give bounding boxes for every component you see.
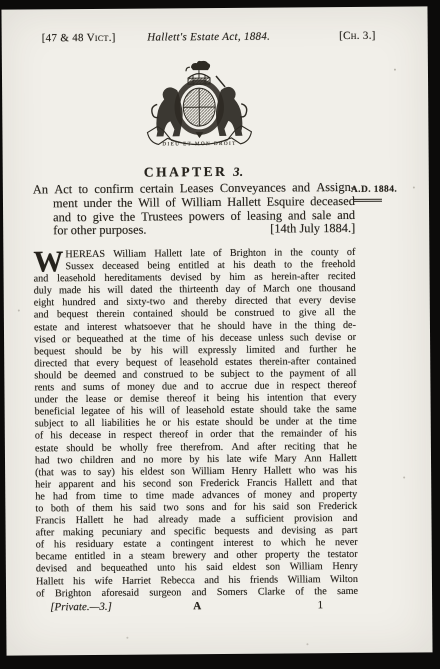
- preamble-line: visedorbequeathedatthetimeofhisdeceaseun…: [34, 332, 356, 347]
- regnal-year: [47 & 48 Vict.]: [42, 32, 116, 45]
- act-title-last-line: for other purposes. [14th July 1884.]: [33, 222, 355, 238]
- act-title-ending: for other purposes.: [53, 224, 146, 239]
- preamble: W HEREASWilliamHallettlateofBrightoninth…: [33, 247, 358, 600]
- chapter-number: 3.: [233, 165, 243, 179]
- preamble-lines: HEREASWilliamHallettlateofBrightoninthec…: [33, 247, 358, 600]
- act-title: AnActtoconfirmcertainLeasesConveyancesan…: [33, 181, 355, 239]
- royal-coat-of-arms: DIEU ET MON DROIT: [141, 58, 258, 159]
- crest-motto: DIEU ET MON DROIT: [162, 141, 236, 148]
- royal-assent-date: [14th July 1884.]: [270, 222, 355, 236]
- scanned-act-page-background: { "colors": { "paper": "#f1efe9", "ink":…: [0, 0, 440, 669]
- chapter-heading: CHAPTER 3.: [33, 163, 355, 182]
- drop-cap: W: [33, 250, 63, 274]
- page-number: 1: [318, 599, 324, 611]
- royal-coat-of-arms-icon: DIEU ET MON DROIT: [141, 58, 258, 159]
- scan-speckles: [1, 10, 3, 12]
- preamble-line: ofBrightonaforesaidsurgeonandSomersClark…: [36, 586, 358, 601]
- chapter-reference: [Ch. 3.]: [339, 30, 376, 42]
- margin-note: A.D. 1884.: [351, 185, 399, 202]
- act-title-lines: AnActtoconfirmcertainLeasesConveyancesan…: [33, 181, 355, 225]
- printer-signature-mark: A: [36, 599, 358, 614]
- running-header: [47 & 48 Vict.] Hallett's Estate Act, 18…: [42, 30, 376, 45]
- margin-note-year: A.D. 1884.: [351, 185, 399, 195]
- crest-lion-icon: [191, 61, 210, 70]
- running-title: Hallett's Estate Act, 1884.: [147, 31, 270, 44]
- preamble-line: andbequestthereincontainedshouldbeconstr…: [34, 307, 356, 322]
- document-page: [47 & 48 Vict.] Hallett's Estate Act, 18…: [1, 6, 432, 655]
- margin-note-rule: [354, 199, 382, 202]
- chapter-word: CHAPTER: [144, 164, 228, 180]
